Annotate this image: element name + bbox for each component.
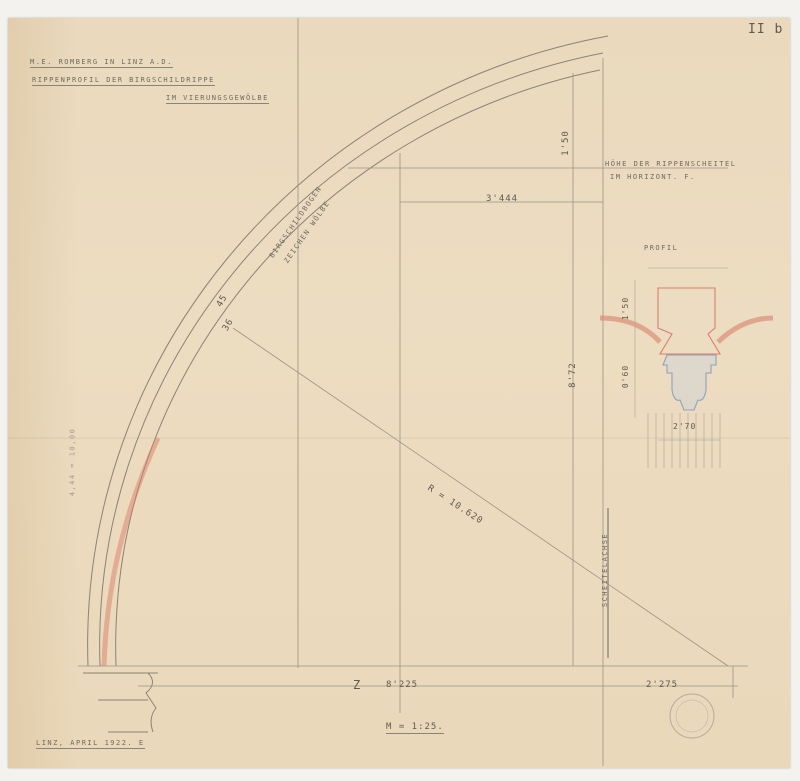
rib-red-fill xyxy=(104,438,158,666)
drawing-sheet: M.E. ROMBERG IN LINZ A.D. RIPPENPROFIL D… xyxy=(8,18,790,768)
sheet-number: II b xyxy=(748,22,783,37)
dim-base-right: 2'275 xyxy=(646,680,678,690)
scale-label: M = 1:25. xyxy=(386,722,444,734)
drawing-canvas xyxy=(8,18,790,768)
signature-date: LINZ, APRIL 1922. E xyxy=(36,739,145,749)
radius-line xyxy=(233,328,728,666)
arc-outer xyxy=(88,36,608,666)
dim-base-prefix: Z xyxy=(353,678,361,692)
base-moulding xyxy=(83,673,158,732)
title-line-2: RIPPENPROFIL DER BIRGSCHILDRIPPE xyxy=(32,76,215,86)
profil-title: PROFIL xyxy=(644,244,678,252)
arc-inner xyxy=(116,70,600,666)
title-line-3: IM VIERUNGSGEWÖLBE xyxy=(166,94,269,104)
archive-stamp xyxy=(670,694,714,738)
dim-main-vertical: 8'72 xyxy=(568,362,578,388)
vertical-axis-label: SCHEITELACHSE xyxy=(601,533,609,607)
title-line-1: M.E. ROMBERG IN LINZ A.D. xyxy=(30,58,173,68)
dim-horizontal-upper: 3'444 xyxy=(486,194,518,204)
dim-top-vertical: 1'50 xyxy=(561,130,571,156)
dim-profil-upper: 1'50 xyxy=(621,297,630,320)
height-note-line1: HÖHE DER RIPPENSCHEITEL xyxy=(605,160,736,168)
margin-note: 4,44 = 10,00 xyxy=(68,428,76,497)
height-note-line2: IM HORIZONT. F. xyxy=(610,173,696,181)
dim-profil-width: 2'70 xyxy=(673,422,696,431)
dim-base-left: 8'225 xyxy=(386,680,418,690)
dim-profil-lower: 0'60 xyxy=(621,365,630,388)
arc-middle xyxy=(100,53,603,666)
